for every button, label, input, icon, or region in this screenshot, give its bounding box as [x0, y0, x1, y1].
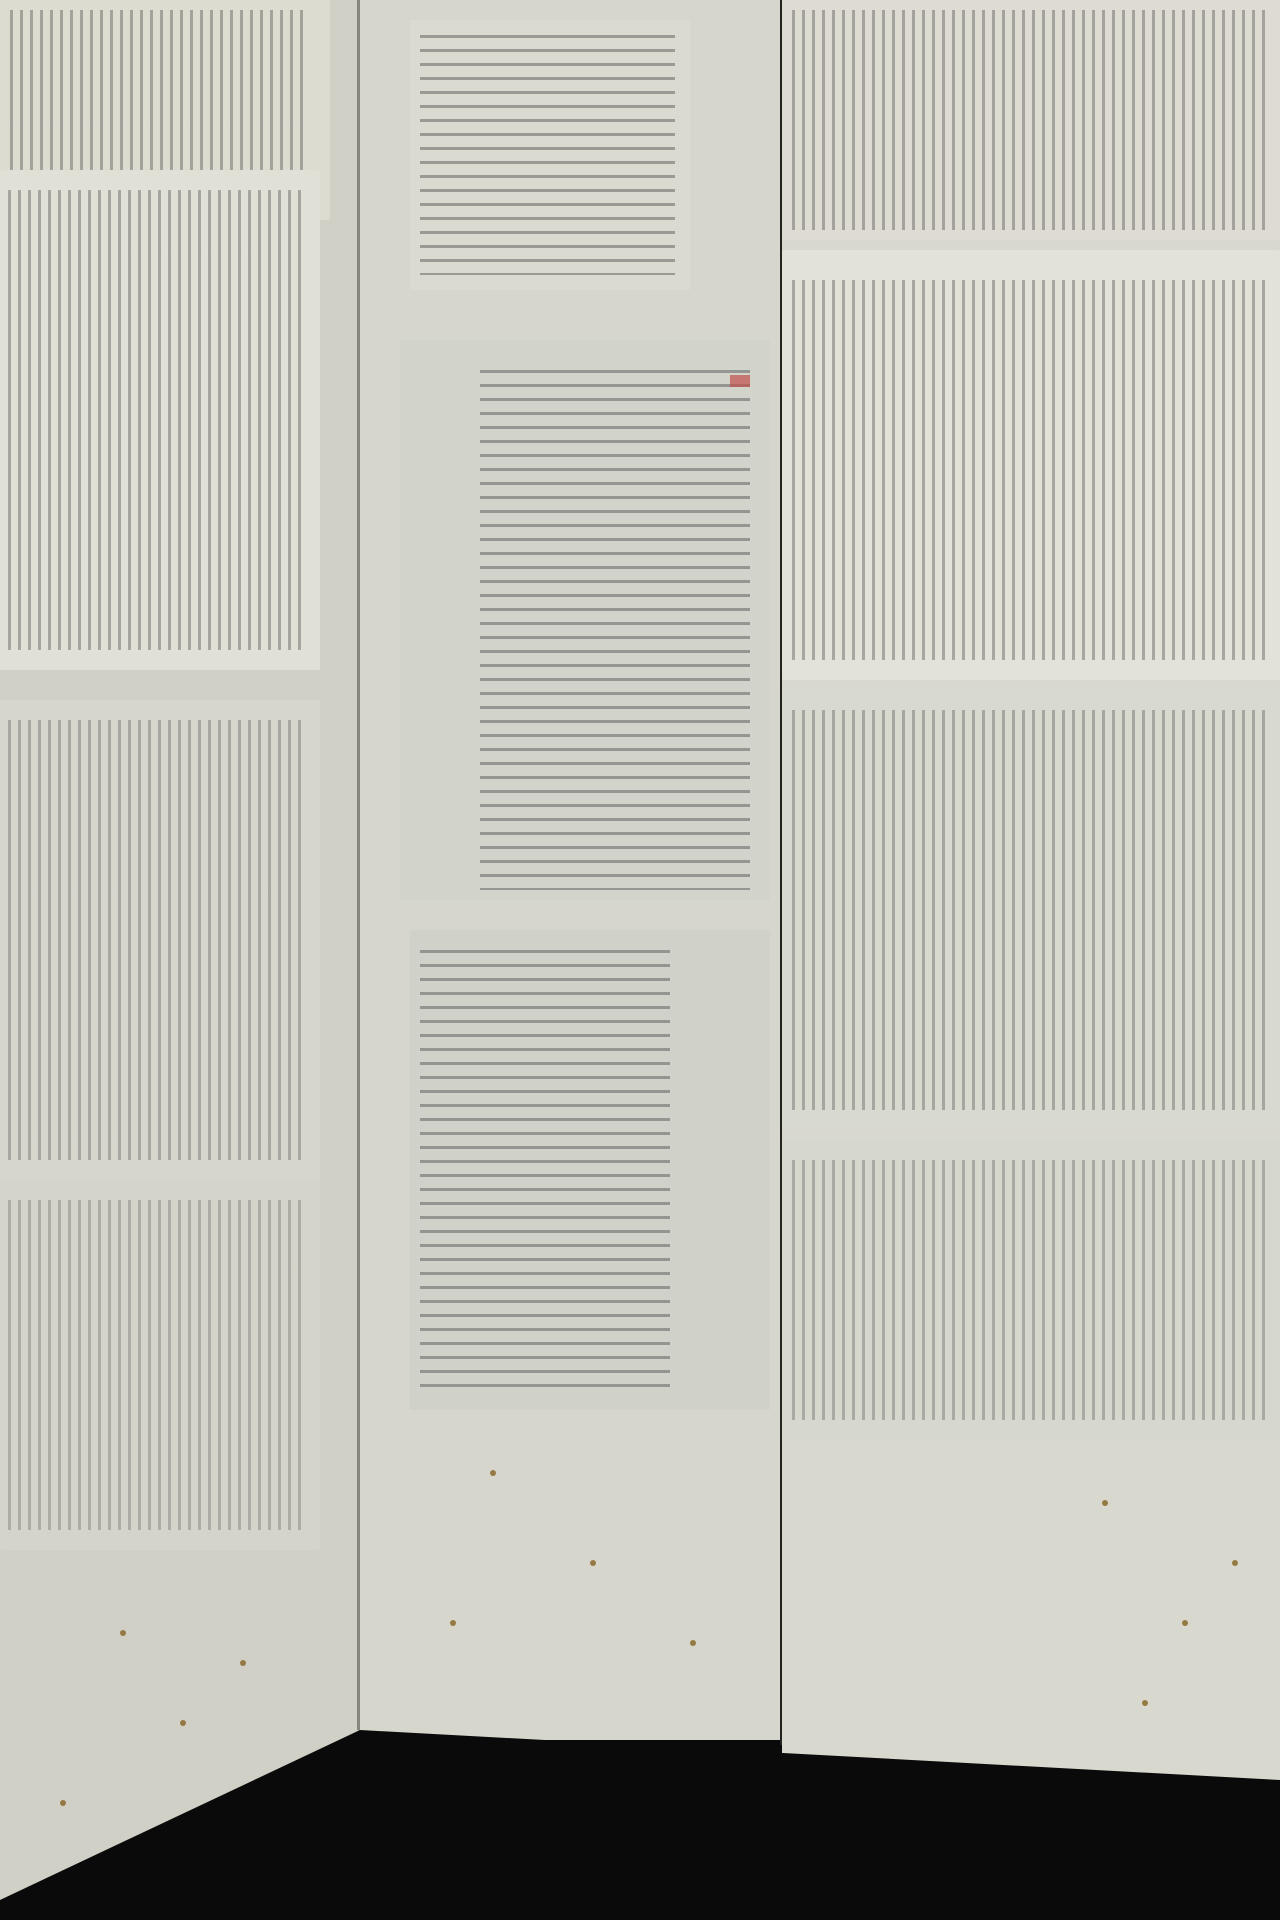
right-panel	[782, 0, 1280, 1780]
manuscript-sheet	[782, 0, 1280, 240]
manuscript-sheet	[782, 690, 1280, 1130]
manuscript-sheet	[782, 1140, 1280, 1440]
folding-screen-photo	[0, 0, 1280, 1920]
manuscript-sheet	[0, 170, 320, 670]
manuscript-sheet	[410, 20, 690, 290]
manuscript-sheet	[0, 1180, 320, 1550]
manuscript-sheet	[400, 340, 770, 900]
left-panel	[0, 0, 360, 1920]
red-seal-mark	[730, 375, 750, 387]
center-panel	[360, 0, 780, 1740]
manuscript-sheet	[782, 250, 1280, 680]
manuscript-sheet	[0, 700, 320, 1180]
manuscript-sheet	[410, 930, 770, 1410]
